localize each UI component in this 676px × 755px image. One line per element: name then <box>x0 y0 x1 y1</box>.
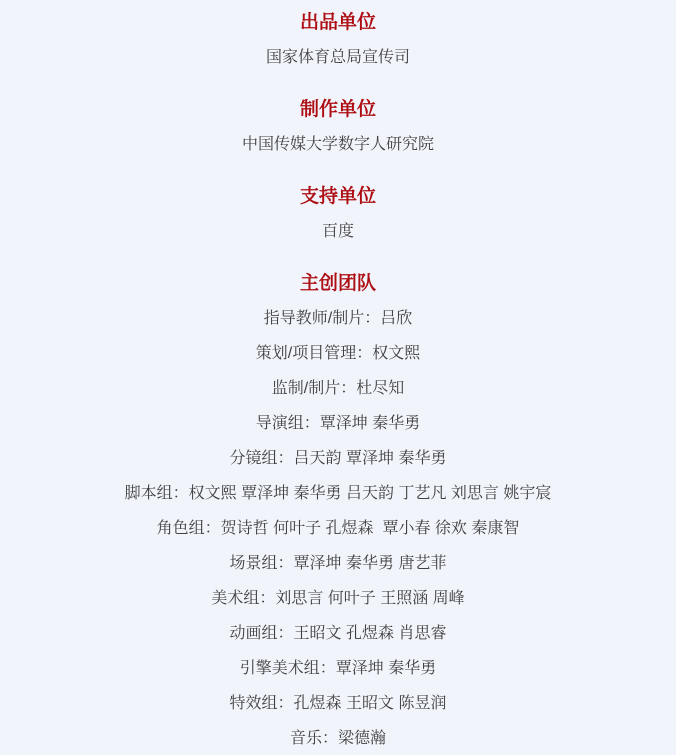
credit-line: 中国传媒大学数字人研究院 <box>0 134 676 156</box>
section-heading: 出品单位 <box>0 12 676 34</box>
section-heading: 制作单位 <box>0 99 676 121</box>
credit-line: 美术组：刘思言 何叶子 王照涵 周峰 <box>0 588 676 610</box>
credit-line: 音乐：梁德瀚 <box>0 728 676 750</box>
credit-line: 指导教师/制片：吕欣 <box>0 308 676 330</box>
credit-line: 角色组：贺诗哲 何叶子 孔煜森 覃小春 徐欢 秦康智 <box>0 518 676 540</box>
credit-line: 监制/制片：杜尽知 <box>0 378 676 400</box>
credit-line: 国家体育总局宣传司 <box>0 47 676 69</box>
credit-line: 脚本组：权文熙 覃泽坤 秦华勇 吕天韵 丁艺凡 刘思言 姚宇宸 <box>0 483 676 505</box>
credit-line: 特效组：孔煜森 王昭文 陈昱润 <box>0 693 676 715</box>
credit-line: 策划/项目管理：权文熙 <box>0 343 676 365</box>
credit-line: 分镜组：吕天韵 覃泽坤 秦华勇 <box>0 448 676 470</box>
credit-line: 导演组：覃泽坤 秦华勇 <box>0 413 676 435</box>
credit-line: 场景组：覃泽坤 秦华勇 唐艺菲 <box>0 553 676 575</box>
credit-line: 百度 <box>0 221 676 243</box>
credit-line: 动画组：王昭文 孔煜森 肖思睿 <box>0 623 676 645</box>
credits-page: 出品单位国家体育总局宣传司制作单位中国传媒大学数字人研究院支持单位百度主创团队指… <box>0 0 676 750</box>
section-heading: 主创团队 <box>0 273 676 295</box>
section-heading: 支持单位 <box>0 186 676 208</box>
credit-line: 引擎美术组：覃泽坤 秦华勇 <box>0 658 676 680</box>
